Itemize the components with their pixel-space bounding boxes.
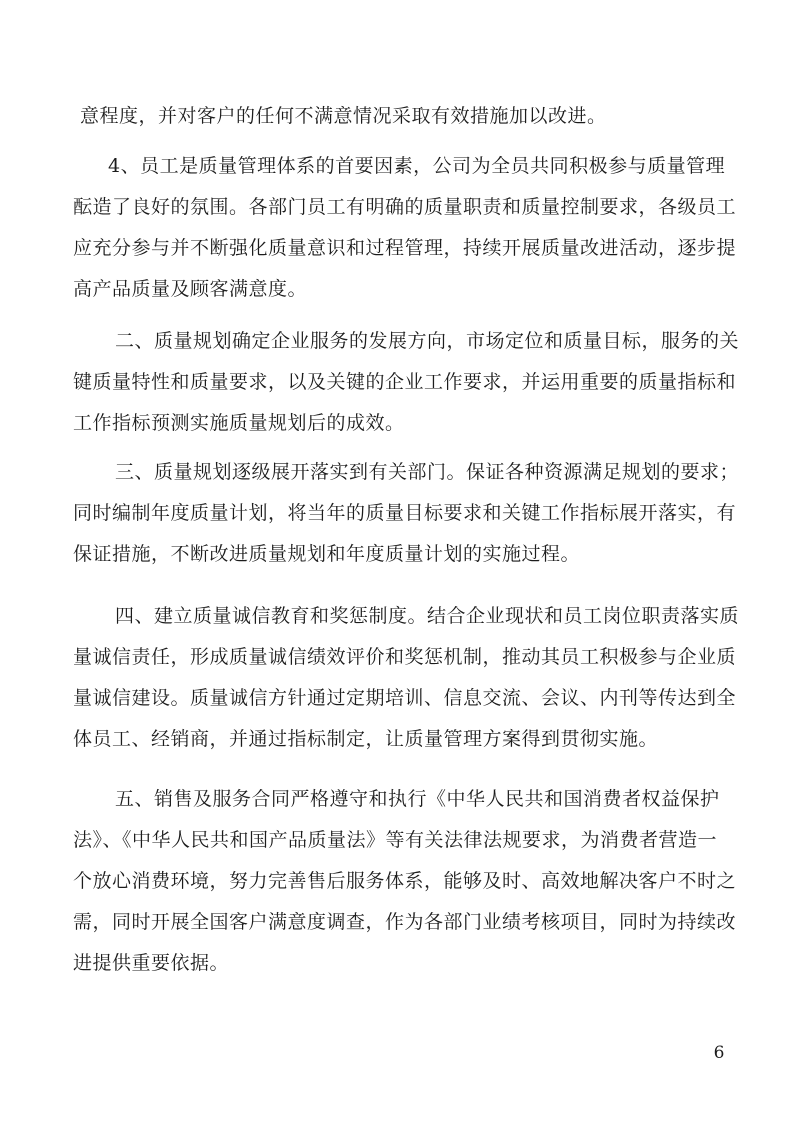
page-number: 6 bbox=[704, 1041, 734, 1065]
text-line: 应充分参与并不断强化质量意识和过程管理，持续开展质量改进活动，逐步提 bbox=[73, 237, 736, 259]
text-line: 同时编制年度质量计划，将当年的质量目标要求和关键工作指标展开落实，有 bbox=[73, 502, 736, 524]
text-paragraph: 意程度，并对客户的任何不满意情况采取有效措施加以改进。 bbox=[73, 96, 735, 137]
text-paragraph: 二、质量规划确定企业服务的发展方向，市场定位和质量目标，服务的关 键质量特性和质… bbox=[73, 321, 735, 444]
document-page: 意程度，并对客户的任何不满意情况采取有效措施加以改进。 4、员工是质量管理体系的… bbox=[0, 0, 800, 1131]
text-line: 键质量特性和质量要求，以及关键的企业工作要求，并运用重要的质量指标和 bbox=[73, 371, 736, 393]
text-line: 法》、《中华人民共和国产品质量法》等有关法律法规要求，为消费者营造一 bbox=[73, 829, 717, 851]
text-paragraph: 五、销售及服务合同严格遵守和执行《中华人民共和国消费者权益保护 法》、《中华人民… bbox=[73, 779, 735, 984]
text-line: 进提供重要依据。 bbox=[73, 952, 229, 974]
text-line: 体员工、经销商，并通过指标制定，让质量管理方案得到贯彻实施。 bbox=[73, 728, 658, 750]
text-line: 需，同时开展全国客户满意度调查，作为各部门业绩考核项目，同时为持续改 bbox=[73, 911, 736, 933]
text-line: 4、员工是质量管理体系的首要因素，公司为全员共同积极参与质量管理 bbox=[73, 155, 725, 177]
text-line: 量诚信责任，形成质量诚信绩效评价和奖惩机制，推动其员工积极参与企业质 bbox=[73, 646, 736, 668]
text-paragraph: 四、建立质量诚信教育和奖惩制度。结合企业现状和员工岗位职责落实质 量诚信责任，形… bbox=[73, 596, 735, 760]
text-line: 五、销售及服务合同严格遵守和执行《中华人民共和国消费者权益保护 bbox=[73, 788, 720, 810]
text-line: 四、建立质量诚信教育和奖惩制度。结合企业现状和员工岗位职责落实质 bbox=[73, 605, 739, 627]
text-line: 个放心消费环境，努力完善售后服务体系，能够及时、高效地解决客户不时之 bbox=[73, 870, 736, 892]
text-paragraph: 三、质量规划逐级展开落实到有关部门。保证各种资源满足规划的要求； 同时编制年度质… bbox=[73, 452, 735, 575]
document-body: 意程度，并对客户的任何不满意情况采取有效措施加以改进。 4、员工是质量管理体系的… bbox=[73, 96, 735, 984]
text-line: 保证措施，不断改进质量规划和年度质量计划的实施过程。 bbox=[73, 543, 580, 565]
text-line: 三、质量规划逐级展开落实到有关部门。保证各种资源满足规划的要求； bbox=[73, 461, 739, 483]
text-line: 工作指标预测实施质量规划后的成效。 bbox=[73, 412, 405, 434]
text-line: 二、质量规划确定企业服务的发展方向，市场定位和质量目标，服务的关 bbox=[73, 330, 739, 352]
text-line: 量诚信建设。质量诚信方针通过定期培训、信息交流、会议、内刊等传达到全 bbox=[73, 687, 736, 709]
text-line: 意程度，并对客户的任何不满意情况采取有效措施加以改进。 bbox=[73, 105, 607, 127]
text-line: 高产品质量及顾客满意度。 bbox=[73, 278, 307, 300]
text-paragraph: 4、员工是质量管理体系的首要因素，公司为全员共同积极参与质量管理 酝造了良好的氛… bbox=[73, 146, 735, 310]
text-line: 酝造了良好的氛围。各部门员工有明确的质量职责和质量控制要求，各级员工 bbox=[73, 196, 736, 218]
